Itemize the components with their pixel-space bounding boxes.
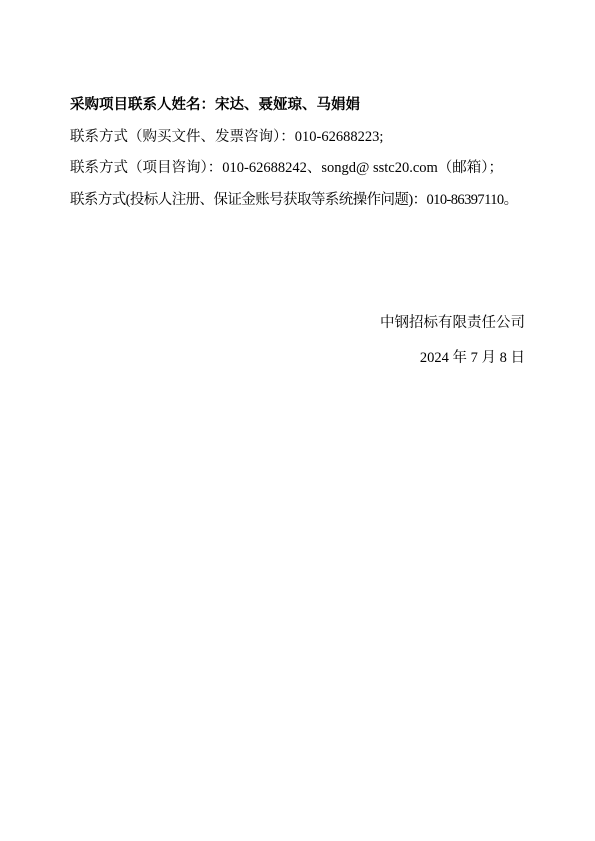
signature-company-name: 中钢招标有限责任公司 bbox=[70, 308, 525, 340]
document-content: 采购项目联系人姓名：宋达、聂娅琼、马娟娟 联系方式（购买文件、发票咨询）：010… bbox=[70, 90, 525, 374]
contact-line-project-inquiry: 联系方式（项目咨询）：010-62688242、songd@ sstc20.co… bbox=[70, 153, 525, 185]
contact-persons-heading: 采购项目联系人姓名：宋达、聂娅琼、马娟娟 bbox=[70, 90, 525, 122]
document-page: 采购项目联系人姓名：宋达、聂娅琼、马娟娟 联系方式（购买文件、发票咨询）：010… bbox=[0, 0, 595, 841]
contact-line-system-operation: 联系方式(投标人注册、保证金账号获取等系统操作问题)：010-86397110。 bbox=[70, 185, 525, 217]
signature-date: 2024 年 7 月 8 日 bbox=[70, 343, 525, 375]
contact-line-purchase-invoice: 联系方式（购买文件、发票咨询）：010-62688223; bbox=[70, 122, 525, 154]
